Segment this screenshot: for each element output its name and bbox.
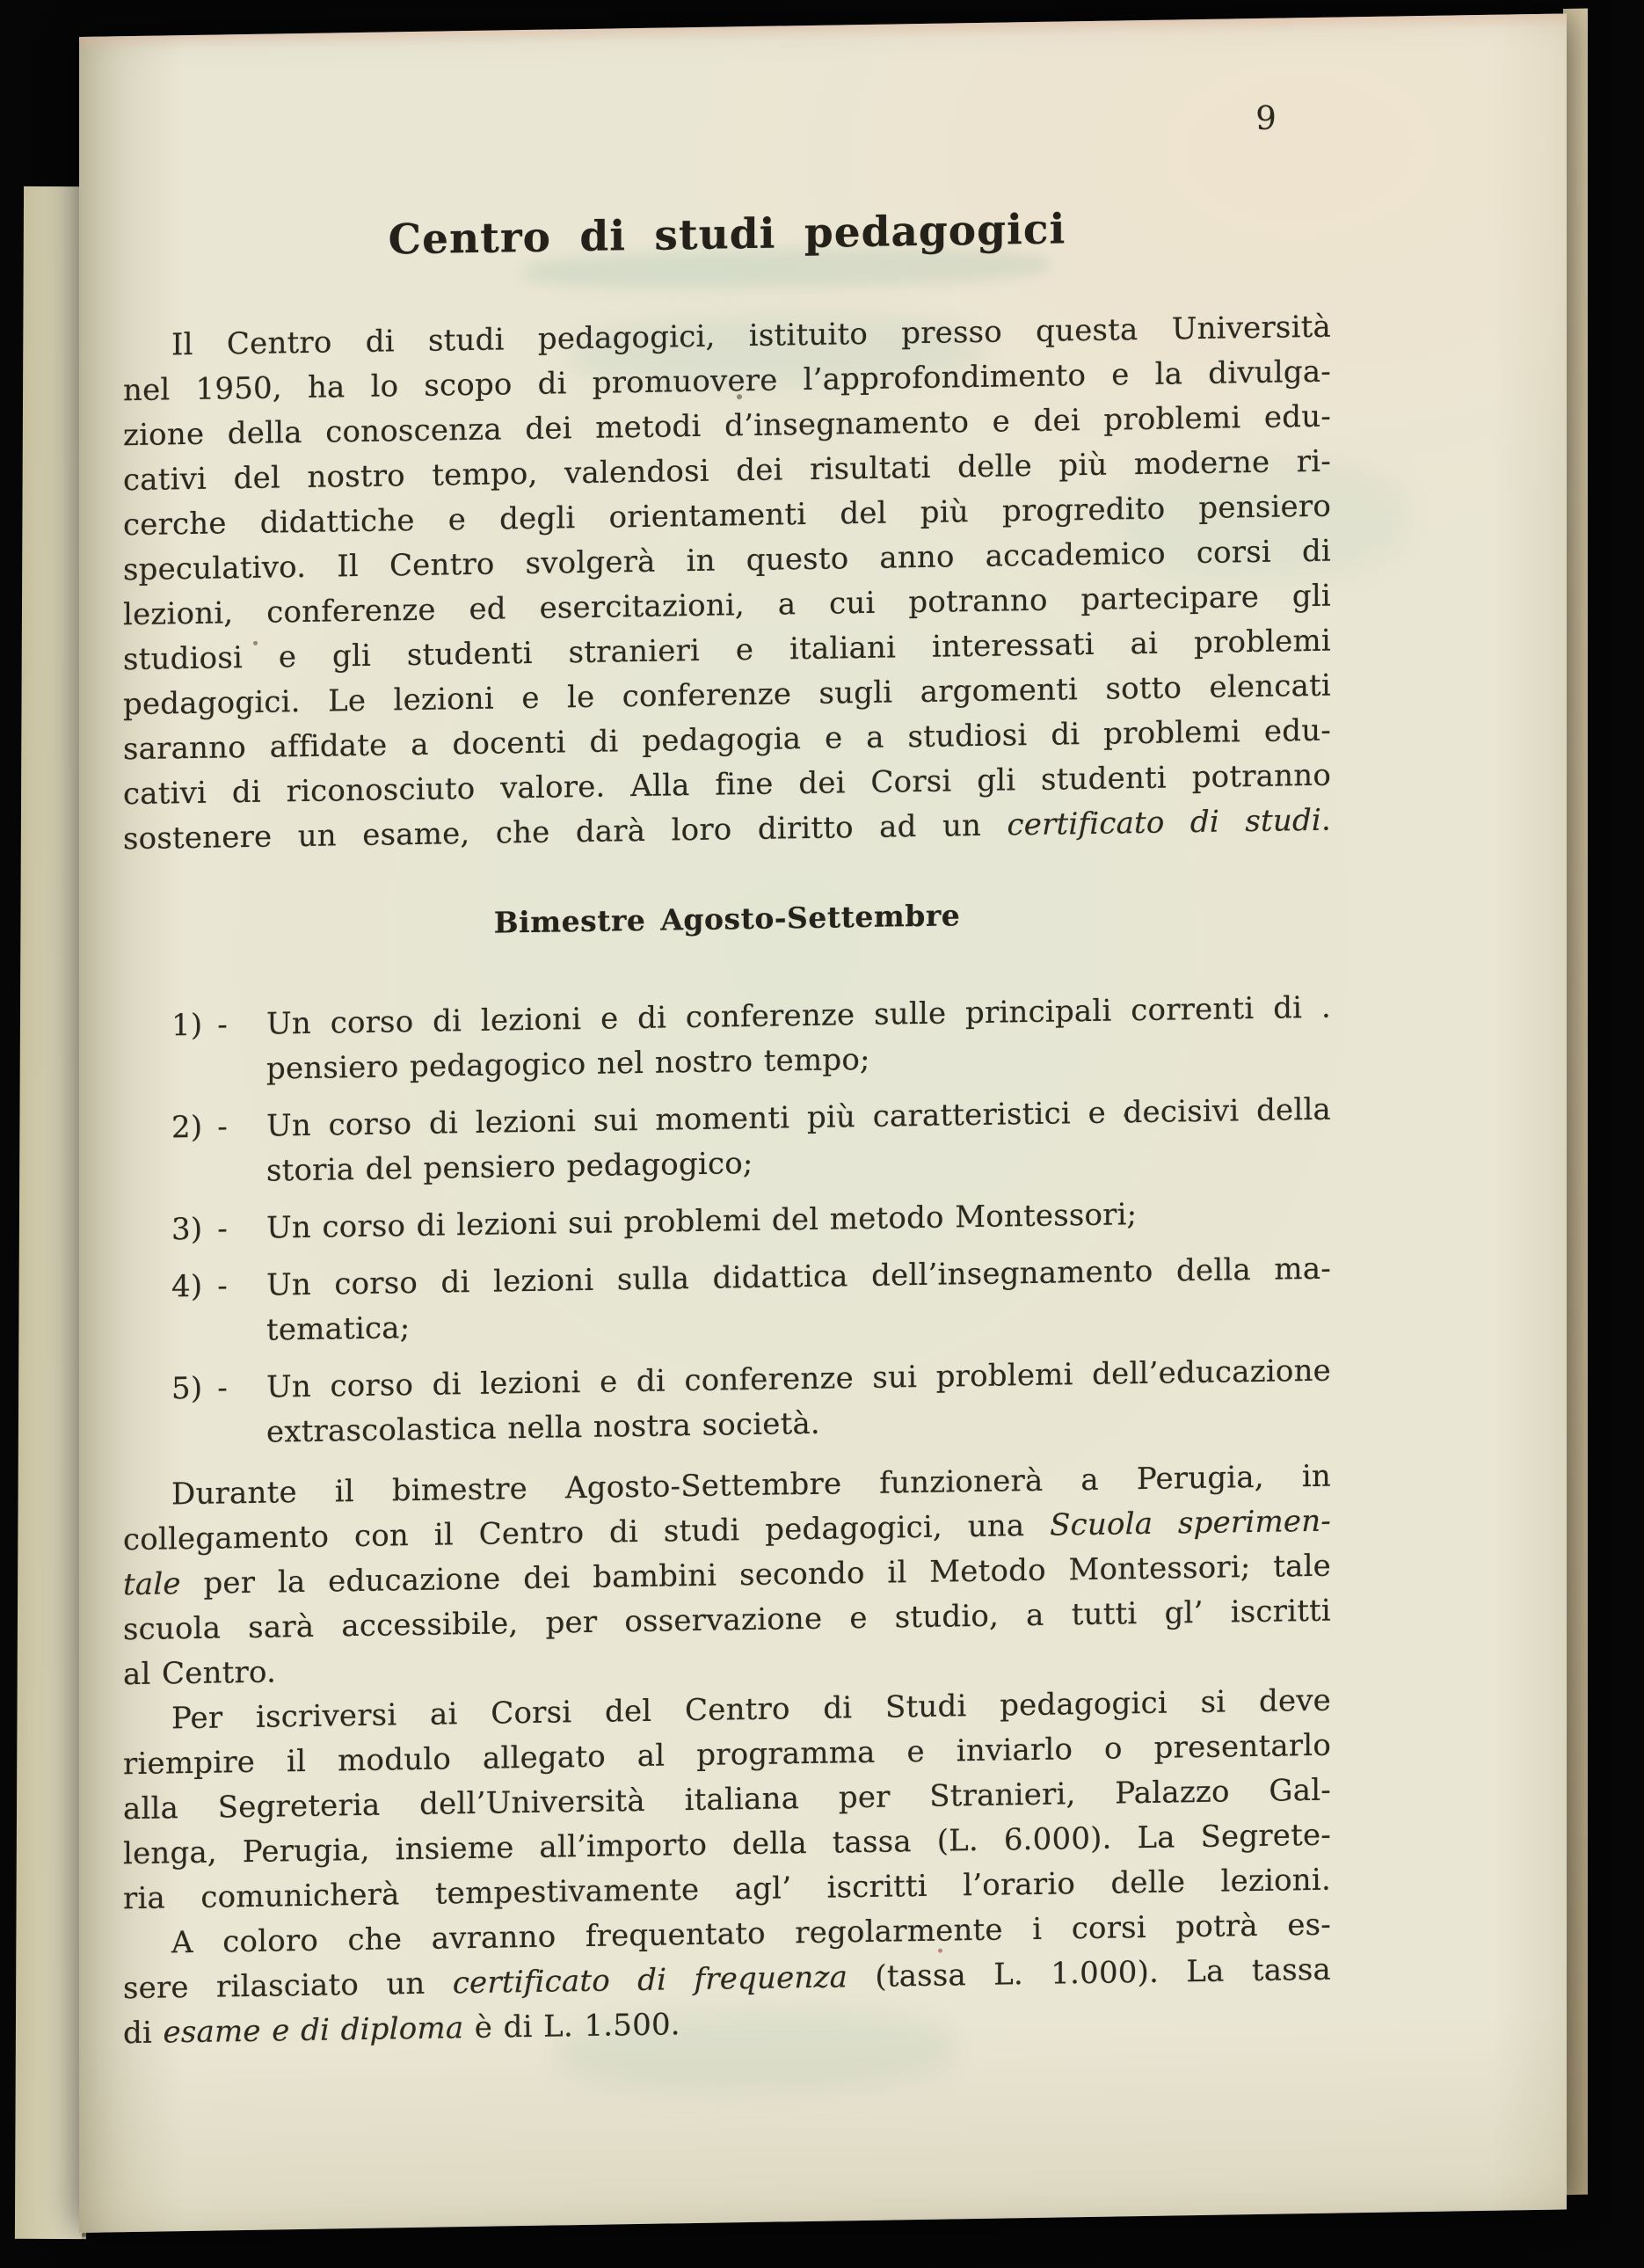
list-item-number: 2) - [171,1105,266,1196]
list-item-text: Un corso di lezioni sulla didattica dell… [266,1247,1331,1353]
list-item: 3) - Un corso di lezioni sui problemi de… [123,1190,1331,1254]
list-item: 2) - Un corso di lezioni sui momenti più… [123,1088,1331,1197]
list-item-text: Un corso di lezioni e di conferenze sull… [266,986,1331,1092]
page-number: 9 [123,95,1331,159]
list-item-text: Un corso di lezioni e di conferenze sui … [266,1349,1331,1455]
paragraph-scuola-sperimentale: Durante il bimestre Agosto-Settembre fun… [123,1455,1331,1698]
paragraph-certificati-tasse: A coloro che avranno frequentato regolar… [123,1903,1331,2057]
intro-paragraph: Il Centro di studi pedagogici, istituito… [123,305,1331,863]
underlying-page-edge-right [1563,9,1588,2195]
book-page: 9 Centro di studi pedagogici Il Centro d… [79,13,1567,2233]
list-item-number: 1) - [171,1003,266,1094]
list-item-number: 3) - [171,1207,266,1253]
page-content: 9 Centro di studi pedagogici Il Centro d… [79,13,1567,2057]
list-item: 1) - Un corso di lezioni e di conferenze… [123,986,1331,1095]
page-title: Centro di studi pedagogici [123,200,1331,272]
list-item-text: Un corso di lezioni sui problemi del met… [266,1190,1331,1251]
list-item-number: 5) - [171,1366,266,1457]
paragraph-iscrizione: Per iscriversi ai Corsi del Centro di St… [123,1679,1331,1922]
list-item-text: Un corso di lezioni sui momenti più cara… [266,1088,1331,1194]
course-list: 1) - Un corso di lezioni e di conferenze… [123,986,1331,1458]
list-item: 5) - Un corso di lezioni e di conferenze… [123,1349,1331,1458]
list-item: 4) - Un corso di lezioni sulla didattica… [123,1247,1331,1356]
section-heading: Bimestre Agosto-Settembre [123,889,1331,951]
list-item-number: 4) - [171,1264,266,1355]
